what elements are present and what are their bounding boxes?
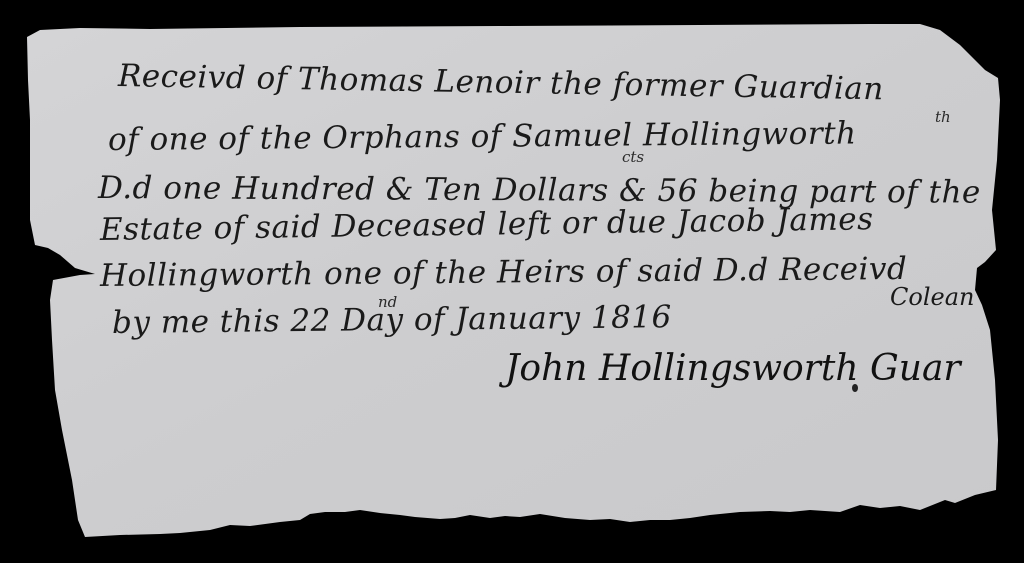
margin-note: Colean <box>890 283 974 311</box>
ink-dot <box>852 384 858 392</box>
document-scan: Receivd of Thomas Lenoir the former Guar… <box>0 0 1024 563</box>
text-line-6: by me this 22 Day of January 1816 <box>112 299 672 341</box>
superscript-th: th <box>935 108 951 126</box>
superscript-cents: cts <box>622 148 644 166</box>
text-line-2: of one of the Orphans of Samuel Hollingw… <box>108 115 857 158</box>
text-line-5: Hollingworth one of the Heirs of said D.… <box>100 251 908 294</box>
signature: John Hollingsworth Guar <box>505 348 961 389</box>
